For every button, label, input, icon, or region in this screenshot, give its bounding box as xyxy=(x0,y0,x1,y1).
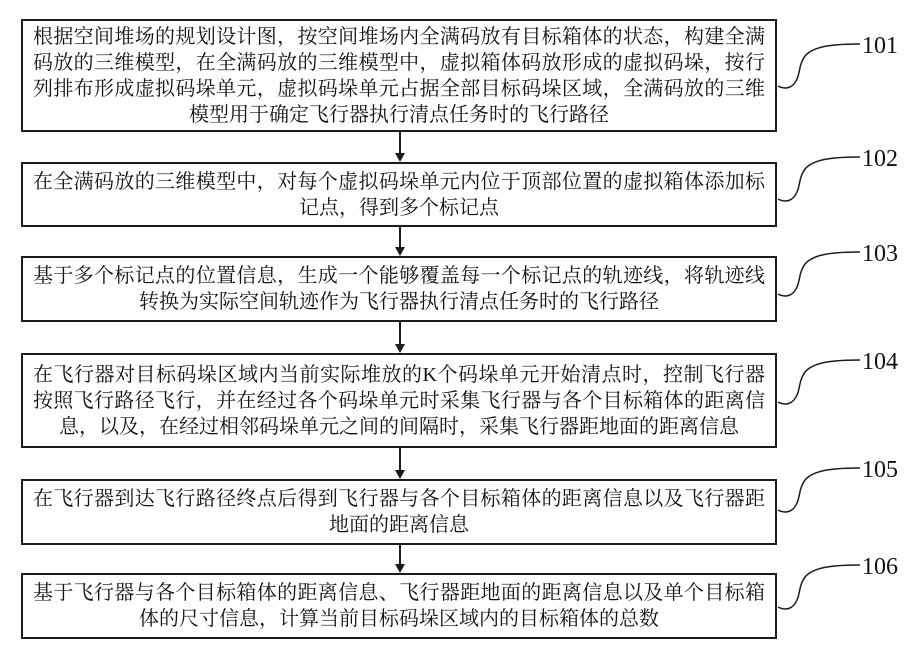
down-arrow-icon xyxy=(393,322,407,353)
down-arrow-icon xyxy=(393,545,407,573)
arrow-shaft xyxy=(399,132,401,153)
step-text-line: 码放的三维模型，在全满码放的三维模型中，虚拟箱体码放形成的虚拟码垛，按行 xyxy=(33,50,765,76)
ref-label-104: 104 xyxy=(862,350,910,374)
arrow-shaft xyxy=(399,322,401,344)
step-text-line: 在飞行器到达飞行路径终点后得到飞行器与各个目标箱体的距离信息以及飞行器距 xyxy=(33,486,765,512)
leader-line-101 xyxy=(778,36,860,92)
leader-line-104 xyxy=(778,352,860,408)
step-text-line: 地面的距离信息 xyxy=(33,512,765,538)
ref-label-102: 102 xyxy=(862,147,910,171)
down-arrow-icon xyxy=(393,227,407,256)
step-text-line: 记点，得到多个标记点 xyxy=(33,195,765,221)
leader-line-105 xyxy=(778,460,860,516)
arrow-head xyxy=(395,153,405,162)
step-text-line: 基于多个标记点的位置信息，生成一个能够覆盖每一个标记点的轨迹线，将轨迹线 xyxy=(33,263,765,289)
step-box-106: 基于飞行器与各个目标箱体的距离信息、飞行器距地面的距离信息以及单个目标箱 体的尺… xyxy=(21,573,777,639)
ref-label-101: 101 xyxy=(862,34,910,58)
down-arrow-icon xyxy=(393,448,407,479)
step-box-103: 基于多个标记点的位置信息，生成一个能够覆盖每一个标记点的轨迹线，将轨迹线 转换为… xyxy=(21,256,777,322)
step-text-line: 按照飞行路径飞行，并在经过各个码垛单元时采集飞行器与各个目标箱体的距离信 xyxy=(33,388,765,414)
arrow-head xyxy=(395,470,405,479)
step-text-line: 列排布形成虚拟码垛单元，虚拟码垛单元占据全部目标码垛区域，全满码放的三维 xyxy=(33,76,765,102)
leader-line-103 xyxy=(778,244,860,300)
step-box-102: 在全满码放的三维模型中，对每个虚拟码垛单元内位于顶部位置的虚拟箱体添加标 记点，… xyxy=(21,162,777,227)
step-text-line: 息，以及，在经过相邻码垛单元之间的间隔时，采集飞行器距地面的距离信息 xyxy=(33,414,765,440)
ref-label-106: 106 xyxy=(862,555,910,579)
flowchart: 根据空间堆场的规划设计图，按空间堆场内全满码放有目标箱体的状态，构建全满 码放的… xyxy=(0,0,912,656)
ref-label-105: 105 xyxy=(862,458,910,482)
leader-line-102 xyxy=(778,149,860,205)
step-text-line: 根据空间堆场的规划设计图，按空间堆场内全满码放有目标箱体的状态，构建全满 xyxy=(33,24,765,50)
step-text-line: 转换为实际空间轨迹作为飞行器执行清点任务时的飞行路径 xyxy=(33,289,765,315)
arrow-shaft xyxy=(399,227,401,247)
step-box-104: 在飞行器对目标码垛区域内当前实际堆放的K个码垛单元开始清点时，控制飞行器 按照飞… xyxy=(21,353,777,448)
step-text-line: 在全满码放的三维模型中，对每个虚拟码垛单元内位于顶部位置的虚拟箱体添加标 xyxy=(33,169,765,195)
step-text-line: 基于飞行器与各个目标箱体的距离信息、飞行器距地面的距离信息以及单个目标箱 xyxy=(33,580,765,606)
arrow-shaft xyxy=(399,448,401,470)
arrow-head xyxy=(395,344,405,353)
arrow-head xyxy=(395,564,405,573)
ref-label-103: 103 xyxy=(862,242,910,266)
step-text-line: 模型用于确定飞行器执行清点任务时的飞行路径 xyxy=(33,102,765,128)
step-text-line: 在飞行器对目标码垛区域内当前实际堆放的K个码垛单元开始清点时，控制飞行器 xyxy=(33,362,765,388)
step-text-line: 体的尺寸信息，计算当前目标码垛区域内的目标箱体的总数 xyxy=(33,606,765,632)
arrow-head xyxy=(395,247,405,256)
arrow-shaft xyxy=(399,545,401,564)
step-box-101: 根据空间堆场的规划设计图，按空间堆场内全满码放有目标箱体的状态，构建全满 码放的… xyxy=(21,19,777,132)
down-arrow-icon xyxy=(393,132,407,162)
leader-line-106 xyxy=(778,557,860,613)
step-box-105: 在飞行器到达飞行路径终点后得到飞行器与各个目标箱体的距离信息以及飞行器距 地面的… xyxy=(21,479,777,545)
